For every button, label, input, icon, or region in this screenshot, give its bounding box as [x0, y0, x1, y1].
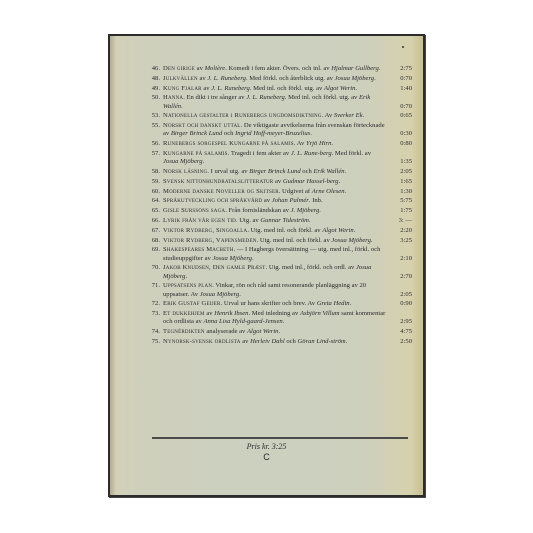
price-label: Pris kr. 3:25 [110, 442, 423, 451]
entry-text: . [346, 338, 348, 345]
entry-text: . Utg. med inl. och förkl. av [247, 227, 322, 234]
entry-price: 3:25 [388, 237, 412, 245]
entry-description: Norsk läsning. I urval utg. av Birger Br… [163, 168, 412, 176]
entry-price: 2:75 [388, 65, 412, 73]
catalog-entry: 58.Norsk läsning. I urval utg. av Birger… [146, 168, 412, 176]
entry-price: 1:30 [388, 188, 412, 196]
entry-number: 72. [146, 300, 160, 308]
entry-title: Julkvällen [163, 75, 198, 82]
entry-number: 73. [146, 310, 160, 318]
catalog-entry: 60.Moderne danske Noveller og Skitser. U… [146, 188, 412, 196]
entry-description: Jakob Knudsen, Den gamle Præst. Utg. med… [163, 264, 412, 280]
entry-price: 4:75 [388, 328, 412, 336]
entry-price: 5:75 [388, 197, 412, 205]
entry-title: Et dukkehjem [163, 310, 205, 317]
catalog-entry: 57.Kungarne på salamis. Tragedi i fem ak… [146, 150, 412, 166]
spine-shadow [110, 36, 116, 495]
entry-author: Josua Mjöberg [335, 75, 375, 82]
entry-price: 0:70 [388, 103, 412, 111]
entry-text: av [241, 338, 251, 345]
entry-description: Norskt och danskt uttal. De viktigaste a… [163, 122, 412, 138]
catalog-entry: 75.Nynorsk-svensk ordlista av Herleiv Da… [146, 338, 412, 346]
entry-number: 48. [146, 75, 160, 83]
entry-author: Algot Werin [322, 227, 353, 234]
entry-price: 2:95 [388, 318, 412, 326]
entry-title: Hanna [163, 94, 183, 101]
entry-price: 2:70 [388, 273, 412, 281]
entry-description: Tegnérdikten analyserade av Algot Werin. [163, 328, 412, 336]
book-page: 46.Den girige av Molière. Komedi i fem a… [108, 34, 425, 497]
entry-text: . [283, 318, 285, 325]
entry-text: . [338, 178, 340, 185]
catalog-entry: 66.Lyrik från vår egen tid. Utg. av Gunn… [146, 217, 412, 225]
entry-author: Arne Olesen [312, 188, 345, 195]
entry-number: 60. [146, 188, 160, 196]
entry-author: Algot Werin [247, 328, 278, 335]
entry-title: Viktor Rydberg, Singoalla [163, 227, 247, 234]
entry-description: Erik Gustaf Geijer. Urval ur hans skrift… [163, 300, 412, 308]
entry-title: Språkutveckling och språkvård [163, 197, 262, 204]
entry-number: 50. [146, 94, 160, 102]
entry-title: Kungarne på salamis [163, 150, 228, 157]
entry-price: 0:70 [388, 75, 412, 83]
entry-description: Uppsatsens plan. Vinkar, rön och råd sam… [163, 282, 412, 298]
entry-title: Lyrik från vår egen tid [163, 217, 236, 224]
entry-author: J. L. Runeberg [246, 94, 285, 101]
entry-text: . [379, 65, 381, 72]
entry-price: 2:05 [388, 291, 412, 299]
entry-title: Viktor Rydberg, Vapensmeden [163, 237, 257, 244]
entry-text: . [310, 130, 312, 137]
entry-title: Kung Fjalar [163, 85, 202, 92]
entry-title: Nationella gestalter i Runebergs ungdoms… [163, 112, 322, 119]
footer-rule [152, 437, 408, 439]
entry-text: . [185, 273, 187, 280]
entry-number: 70. [146, 264, 160, 272]
entry-text: . [350, 300, 352, 307]
entry-author: Erik Wallén [313, 168, 344, 175]
entry-number: 68. [146, 237, 160, 245]
catalog-entry: 73.Et dukkehjem av Henrik Ibsen. Med inl… [146, 310, 412, 326]
entry-text: . [345, 168, 347, 175]
catalog-entry: 53.Nationella gestalter i Runebergs ungd… [146, 112, 412, 120]
entry-text: . [278, 328, 280, 335]
entry-number: 59. [146, 178, 160, 186]
entry-text: . En dikt i tre sånger av [183, 94, 246, 101]
entry-number: 71. [146, 282, 160, 290]
entry-text: analyserade av [205, 328, 247, 335]
catalog-entry: 65.Gisle Surssons saga. Från fornisländs… [146, 207, 412, 215]
entry-text: . [309, 217, 311, 224]
entry-number: 46. [146, 65, 160, 73]
entry-title: Tegnérdikten [163, 328, 205, 335]
entry-price: 2:05 [388, 168, 412, 176]
entry-author: Henrik Ibsen [214, 310, 248, 317]
entry-author: Gunnar Tideström [260, 217, 309, 224]
entry-text: av [198, 75, 208, 82]
entry-text: . Med förkl. och återblick utg. av [246, 75, 335, 82]
entry-text: . [252, 255, 254, 262]
entry-price: 3: — [388, 217, 412, 225]
entry-author: Algot Werin [324, 85, 355, 92]
catalog-entry: 70.Jakob Knudsen, Den gamle Præst. Utg. … [146, 264, 412, 280]
entry-author: Johan Palmér [272, 197, 309, 204]
entry-text: av [195, 65, 205, 72]
entry-text: . Utg. med inl. och förkl. av [257, 237, 332, 244]
entry-author: Hjalmar Gullberg [331, 65, 379, 72]
ink-speck [402, 46, 404, 48]
entry-author: Sverker Ek [334, 112, 363, 119]
catalog-entry: 48.Julkvällen av J. L. Runeberg. Med för… [146, 75, 412, 83]
signature-letter: C [110, 452, 423, 462]
entry-number: 49. [146, 85, 160, 93]
entry-description: Et dukkehjem av Henrik Ibsen. Med inledn… [163, 310, 412, 326]
entry-price: 0:65 [388, 112, 412, 120]
entry-price: 1:40 [388, 85, 412, 93]
entry-description: Lyrik från vår egen tid. Utg. av Gunnar … [163, 217, 412, 225]
entry-number: 57. [146, 150, 160, 158]
page-edge-shadow [411, 36, 423, 495]
entry-author: Josua Mjöberg [331, 237, 371, 244]
entry-description: Nationella gestalter i Runebergs ungdoms… [163, 112, 412, 120]
entry-title: Uppsatsens plan [163, 282, 212, 289]
catalog-entry: 67.Viktor Rydberg, Singoalla. Utg. med i… [146, 227, 412, 235]
entry-author: J. L. Runeberg [211, 85, 250, 92]
entry-number: 67. [146, 227, 160, 235]
entry-text: . Utg. med inl., förkl. och ordl. av [266, 264, 356, 271]
entry-author: Birger Brinck Lund [171, 130, 222, 137]
entry-title: Den girige [163, 65, 195, 72]
entry-author: Gudmar Hassel-berg [283, 178, 339, 185]
entry-text: . Udgivet af [279, 188, 312, 195]
entry-number: 65. [146, 207, 160, 215]
entry-text: . Av [322, 112, 334, 119]
entry-description: Viktor Rydberg, Singoalla. Utg. med inl.… [163, 227, 412, 235]
entry-text: . [355, 85, 357, 92]
entry-author: Molière [205, 65, 226, 72]
entry-price: 2:50 [388, 338, 412, 346]
entry-author: J. Mjöberg [291, 207, 320, 214]
entry-price: 0:80 [388, 140, 412, 148]
entry-text: . [371, 237, 373, 244]
entry-author: Asbjörn Villum [300, 310, 340, 317]
catalog-entry: 69.Shakespeares Macbeth. — I Hagbergs öv… [146, 246, 412, 262]
entry-number: 74. [146, 328, 160, 336]
entry-title: Moderne danske Noveller og Skitser [163, 188, 279, 195]
entry-price: 1:35 [388, 158, 412, 166]
catalog-entry: 55.Norskt och danskt uttal. De viktigast… [146, 122, 412, 138]
entry-title: Erik Gustaf Geijer [163, 300, 221, 307]
catalog-entry: 56.Runebergs sorgespel Kungarne på salam… [146, 140, 412, 148]
entry-price: 1:65 [388, 178, 412, 186]
entry-text: . Tragedi i fem akter av [228, 150, 291, 157]
entry-author: Josua Mjöberg [212, 255, 252, 262]
entry-description: Den girige av Molière. Komedi i fem akte… [163, 65, 412, 73]
entry-number: 69. [146, 246, 160, 254]
entry-text: . [354, 227, 356, 234]
entry-text: . [363, 112, 365, 119]
entry-title: Norsk läsning [163, 168, 207, 175]
entry-price: 2:20 [388, 227, 412, 235]
entry-author: Greta Hedin [317, 300, 350, 307]
entry-number: 64. [146, 197, 160, 205]
entry-text: . Av [294, 140, 306, 147]
entry-text: . [203, 158, 205, 165]
entry-title: Runebergs sorgespel Kungarne på salamis [163, 140, 294, 147]
entry-text: . Komedi i fem akter. Övers. och inl. av [225, 65, 331, 72]
entry-price: 1:75 [388, 207, 412, 215]
entry-text: och [222, 130, 235, 137]
entry-description: Språkutveckling och språkvård av Johan P… [163, 197, 412, 205]
entry-text: av [262, 197, 272, 204]
entry-description: Gisle Surssons saga. Från fornisländskan… [163, 207, 412, 215]
catalog-entry: 49.Kung Fjalar av J. L. Runeberg. Med in… [146, 85, 412, 93]
entry-number: 55. [146, 122, 160, 130]
entry-description: Hanna. En dikt i tre sånger av J. L. Run… [163, 94, 412, 110]
entry-author: Yrjö Hirn [306, 140, 331, 147]
entry-text: . Urval ur hans skrifter och brev. Av [221, 300, 317, 307]
catalog-entry: 50.Hanna. En dikt i tre sånger av J. L. … [146, 94, 412, 110]
entry-author: Göran Lind-ström [298, 338, 346, 345]
entry-description: Shakespeares Macbeth. — I Hagbergs övers… [163, 246, 412, 262]
entry-description: Julkvällen av J. L. Runeberg. Med förkl.… [163, 75, 412, 83]
entry-text: . Med förkl. av [332, 150, 371, 157]
entry-author: Birger Brinck Lund [249, 168, 300, 175]
entry-description: Kung Fjalar av J. L. Runeberg. Med inl. … [163, 85, 412, 93]
catalog-entry: 71.Uppsatsens plan. Vinkar, rön och råd … [146, 282, 412, 298]
catalog-entry: 68.Viktor Rydberg, Vapensmeden. Utg. med… [146, 237, 412, 245]
entry-title: Nynorsk-svensk ordlista [163, 338, 241, 345]
entry-text: . [319, 207, 321, 214]
catalog-entry: 46.Den girige av Molière. Komedi i fem a… [146, 65, 412, 73]
entry-author: Josua Mjöberg [163, 158, 203, 165]
entry-description: Viktor Rydberg, Vapensmeden. Utg. med in… [163, 237, 412, 245]
entry-author: Herleiv Dahl [250, 338, 285, 345]
entry-description: Kungarne på salamis. Tragedi i fem akter… [163, 150, 412, 166]
entry-text: . Med inl. och förkl. utg. av [285, 94, 359, 101]
entry-title: Norskt och danskt uttal [163, 122, 241, 129]
entry-price: 2:10 [388, 255, 412, 263]
entry-price: 0:30 [388, 130, 412, 138]
entry-description: Runebergs sorgespel Kungarne på salamis.… [163, 140, 412, 148]
entry-text: . I urval utg. av [207, 168, 249, 175]
entry-title: Shakespeares Macbeth [163, 246, 233, 253]
entry-description: Svensk nittonhundratalslitteratur av Gud… [163, 178, 412, 186]
entry-text: . [374, 75, 376, 82]
entry-number: 58. [146, 168, 160, 176]
catalog-entry: 59.Svensk nittonhundratalslitteratur av … [146, 178, 412, 186]
entry-author: Anna Lisa Hyld-gaard-Jensen [203, 318, 282, 325]
entry-text: . [181, 103, 183, 110]
entry-number: 53. [146, 112, 160, 120]
entry-title: Jakob Knudsen, Den gamle Præst [163, 264, 266, 271]
entry-text: . Utg. av [236, 217, 260, 224]
entry-text: . Med inledning av [248, 310, 299, 317]
entry-text: . Inb. [309, 197, 323, 204]
entry-text: av [273, 178, 283, 185]
entry-title: Svensk nittonhundratalslitteratur [163, 178, 273, 185]
entry-text: . [239, 291, 241, 298]
catalog-entry: 74.Tegnérdikten analyserade av Algot Wer… [146, 328, 412, 336]
entry-price: 0:90 [388, 300, 412, 308]
entry-text: och [301, 168, 314, 175]
entry-number: 66. [146, 217, 160, 225]
entry-text: av [205, 310, 215, 317]
catalog-list: 46.Den girige av Molière. Komedi i fem a… [146, 65, 412, 348]
entry-author: Ingrid Hoff-meyer-Bruzelius [235, 130, 310, 137]
entry-author: Josua Mjöberg [200, 291, 240, 298]
entry-number: 75. [146, 338, 160, 346]
catalog-entry: 72.Erik Gustaf Geijer. Urval ur hans skr… [146, 300, 412, 308]
entry-title: Gisle Surssons saga [163, 207, 225, 214]
entry-author: J. L. Rune-berg [291, 150, 332, 157]
entry-text: av [202, 85, 212, 92]
entry-text: och [285, 338, 298, 345]
entry-description: Moderne danske Noveller og Skitser. Udgi… [163, 188, 412, 196]
entry-text: . Med inl. och förkl. utg. av [250, 85, 324, 92]
entry-description: Nynorsk-svensk ordlista av Herleiv Dahl … [163, 338, 412, 346]
entry-text: . Från fornisländskan av [225, 207, 290, 214]
entry-author: J. L. Runeberg [207, 75, 246, 82]
entry-text: . [345, 188, 347, 195]
catalog-entry: 64.Språkutveckling och språkvård av Joha… [146, 197, 412, 205]
entry-text: . [331, 140, 333, 147]
entry-number: 56. [146, 140, 160, 148]
